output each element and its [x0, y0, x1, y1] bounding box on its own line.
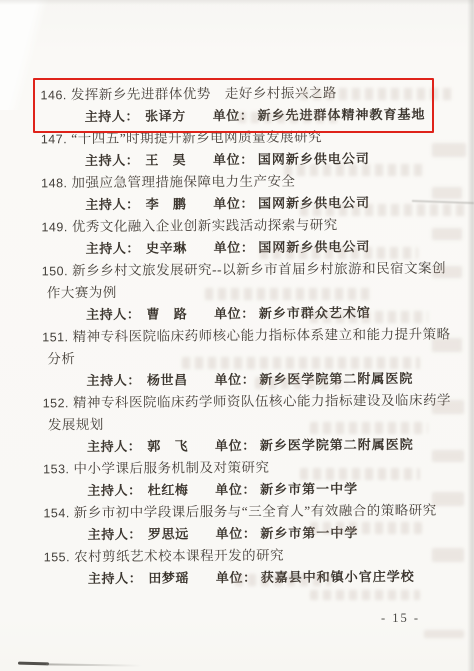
host-name: 李 鹏 [146, 196, 187, 211]
item-info-line: 主持人：郭 飞 单位：新乡医学院第二附属医院 [43, 433, 474, 458]
item-info-line: 主持人：杨世昌 单位：新乡医学院第二附属医院 [42, 367, 474, 392]
unit-name: 新乡先进群体精神教育基地 [257, 107, 425, 123]
host-label: 主持人： [86, 241, 141, 256]
item-title: 新乡乡村文旅发展研究--以新乡市首届乡村旅游和民宿文案创 [72, 261, 446, 279]
unit-name: 国网新乡供电公司 [258, 195, 370, 211]
item-title: 农村剪纸艺术校本课程开发的研究 [74, 548, 284, 564]
unit-name: 国网新乡供电公司 [258, 239, 370, 255]
unit-group: 单位：国网新乡供电公司 [214, 236, 371, 259]
host-label: 主持人： [85, 153, 140, 168]
host-label: 主持人： [86, 373, 141, 388]
item-number: 153. [43, 462, 69, 476]
item-title-line: 148.加强应急管理措施保障电力生产安全 [41, 169, 474, 194]
host-label: 主持人： [85, 109, 140, 124]
scanned-document-page: { "labels": { "host": "主持人：", "unit": "单… [0, 0, 474, 671]
page-number: - 15 - [381, 611, 441, 626]
host-group: 主持人：张译方 [85, 105, 186, 128]
item-title-line: 147.“十四五”时期提升新乡电网质量发展研究 [41, 125, 474, 150]
item-title: 精神专科医院临床药学师资队伍核心能力指标建设及临床药学 [73, 393, 451, 411]
item-title-line: 151.精神专科医院临床药师核心能力指标体系建立和能力提升策略 [42, 323, 474, 348]
unit-label: 单位： [213, 108, 254, 123]
unit-group: 单位：新乡市群众艺术馆 [214, 302, 371, 325]
unit-group: 单位：新乡市第一中学 [216, 522, 359, 545]
unit-group: 单位：新乡医学院第二附属医院 [215, 434, 414, 457]
unit-label: 单位： [213, 196, 254, 211]
unit-group: 单位：国网新乡供电公司 [213, 192, 370, 215]
list-item: 152.精神专科医院临床药学师资队伍核心能力指标建设及临床药学 发展规划 主持人… [43, 389, 474, 458]
host-label: 主持人： [87, 439, 142, 454]
item-title: 加强应急管理措施保障电力生产安全 [71, 174, 295, 191]
item-info-line: 主持人：李 鹏 单位：国网新乡供电公司 [41, 191, 474, 216]
host-name: 王 昊 [145, 152, 186, 167]
item-title-line: 153.中小学课后服务机制及对策研究 [43, 455, 474, 480]
unit-name: 新乡医学院第二附属医院 [260, 437, 414, 453]
item-title: 中小学课后服务机制及对策研究 [73, 460, 269, 476]
host-group: 主持人：郭 飞 [87, 435, 188, 458]
host-name: 张译方 [145, 108, 186, 123]
host-group: 主持人：杨世昌 [86, 369, 187, 392]
host-name: 郭 飞 [147, 438, 188, 453]
host-label: 主持人： [88, 571, 143, 586]
item-number: 151. [42, 330, 68, 344]
unit-label: 单位： [214, 372, 255, 387]
item-number: 149. [41, 220, 67, 234]
unit-label: 单位： [213, 152, 254, 167]
item-title-continuation: 分析 [42, 345, 474, 370]
item-number: 148. [41, 176, 67, 190]
list-item: 149.优秀文化融入企业创新实践活动探索与研究 主持人：史辛琳 单位：国网新乡供… [41, 213, 474, 260]
unit-name: 新乡医学院第二附属医院 [259, 371, 413, 387]
item-info-line: 主持人：史辛琳 单位：国网新乡供电公司 [42, 235, 474, 260]
item-title: 精神专科医院临床药师核心能力指标体系建立和能力提升策略 [72, 327, 450, 345]
unit-name: 新乡市第一中学 [260, 481, 358, 497]
host-group: 主持人：杜红梅 [87, 479, 188, 502]
item-title: 新乡市初中学段课后服务与“三全育人”有效融合的策略研究 [74, 503, 437, 521]
list-item: 155.农村剪纸艺术校本课程开发的研究 主持人：田梦瑶 单位：获嘉县中和镇小官庄… [44, 543, 474, 590]
item-info-line: 主持人：杜红梅 单位：新乡市第一中学 [43, 477, 474, 502]
host-group: 主持人：田梦瑶 [88, 567, 189, 590]
item-info-line: 主持人：王 昊 单位：国网新乡供电公司 [41, 147, 474, 172]
unit-group: 单位：新乡先进群体精神教育基地 [213, 104, 426, 127]
unit-label: 单位： [214, 240, 255, 255]
item-title-line: 150.新乡乡村文旅发展研究--以新乡市首届乡村旅游和民宿文案创 [42, 257, 474, 282]
item-number: 152. [43, 396, 69, 410]
unit-name: 获嘉县中和镇小官庄学校 [261, 569, 415, 585]
unit-name: 新乡市第一中学 [260, 525, 358, 541]
item-info-line: 主持人：罗思远 单位：新乡市第一中学 [44, 521, 474, 546]
item-info-line: 主持人：曹 路 单位：新乡市群众艺术馆 [42, 301, 474, 326]
unit-name: 新乡市群众艺术馆 [259, 305, 371, 321]
host-group: 主持人：罗思远 [88, 523, 189, 546]
list-item: 154.新乡市初中学段课后服务与“三全育人”有效融合的策略研究 主持人：罗思远 … [43, 499, 474, 546]
item-title-continuation: 发展规划 [43, 411, 474, 436]
unit-label: 单位： [215, 482, 256, 497]
item-title: 优秀文化融入企业创新实践活动探索与研究 [72, 217, 338, 234]
unit-group: 单位：获嘉县中和镇小官庄学校 [216, 566, 415, 589]
item-title-line: 152.精神专科医院临床药学师资队伍核心能力指标建设及临床药学 [43, 389, 474, 414]
list-item: 153.中小学课后服务机制及对策研究 主持人：杜红梅 单位：新乡市第一中学 [43, 455, 474, 502]
item-info-line: 主持人：田梦瑶 单位：获嘉县中和镇小官庄学校 [44, 565, 474, 590]
host-group: 主持人：曹 路 [86, 303, 187, 326]
item-title: “十四五”时期提升新乡电网质量发展研究 [71, 129, 322, 146]
list-item: 147.“十四五”时期提升新乡电网质量发展研究 主持人：王 昊 单位：国网新乡供… [41, 125, 474, 172]
host-label: 主持人： [85, 197, 140, 212]
list-item: 146.发挥新乡先进群体优势 走好乡村振兴之路 主持人：张译方 单位：新乡先进群… [40, 81, 474, 128]
host-name: 罗思远 [148, 526, 189, 541]
host-name: 田梦瑶 [148, 570, 189, 585]
item-title-line: 146.发挥新乡先进群体优势 走好乡村振兴之路 [40, 81, 474, 106]
item-info-line: 主持人：张译方 单位：新乡先进群体精神教育基地 [41, 103, 474, 128]
unit-label: 单位： [215, 438, 256, 453]
item-number: 146. [40, 88, 66, 102]
unit-group: 单位：新乡医学院第二附属医院 [214, 368, 413, 391]
unit-name: 国网新乡供电公司 [258, 151, 370, 167]
project-list: 146.发挥新乡先进群体优势 走好乡村振兴之路 主持人：张译方 单位：新乡先进群… [0, 0, 474, 671]
unit-group: 单位：国网新乡供电公司 [213, 148, 370, 171]
host-name: 杜红梅 [148, 482, 189, 497]
list-item: 151.精神专科医院临床药师核心能力指标体系建立和能力提升策略 分析 主持人：杨… [42, 323, 474, 392]
item-number: 154. [43, 506, 69, 520]
list-item: 150.新乡乡村文旅发展研究--以新乡市首届乡村旅游和民宿文案创 作大赛为例 主… [42, 257, 474, 326]
item-title-continuation: 作大赛为例 [42, 279, 474, 304]
item-title-line: 155.农村剪纸艺术校本课程开发的研究 [44, 543, 474, 568]
unit-label: 单位： [216, 526, 257, 541]
host-group: 主持人：王 昊 [85, 149, 186, 172]
host-label: 主持人： [86, 307, 141, 322]
item-number: 150. [42, 264, 68, 278]
host-label: 主持人： [87, 483, 142, 498]
unit-label: 单位： [214, 306, 255, 321]
list-item: 148.加强应急管理措施保障电力生产安全 主持人：李 鹏 单位：国网新乡供电公司 [41, 169, 474, 216]
paper: 146.发挥新乡先进群体优势 走好乡村振兴之路 主持人：张译方 单位：新乡先进群… [0, 0, 474, 671]
host-name: 史辛琳 [146, 240, 187, 255]
item-number: 155. [44, 550, 70, 564]
host-group: 主持人：史辛琳 [86, 237, 187, 260]
host-group: 主持人：李 鹏 [85, 193, 186, 216]
host-label: 主持人： [88, 527, 143, 542]
item-title: 发挥新乡先进群体优势 走好乡村振兴之路 [71, 85, 337, 102]
item-number: 147. [41, 132, 67, 146]
host-name: 曹 路 [146, 306, 187, 321]
item-title-line: 149.优秀文化融入企业创新实践活动探索与研究 [41, 213, 474, 238]
host-name: 杨世昌 [147, 372, 188, 387]
item-title-line: 154.新乡市初中学段课后服务与“三全育人”有效融合的策略研究 [43, 499, 474, 524]
unit-label: 单位： [216, 570, 257, 585]
unit-group: 单位：新乡市第一中学 [215, 478, 358, 501]
